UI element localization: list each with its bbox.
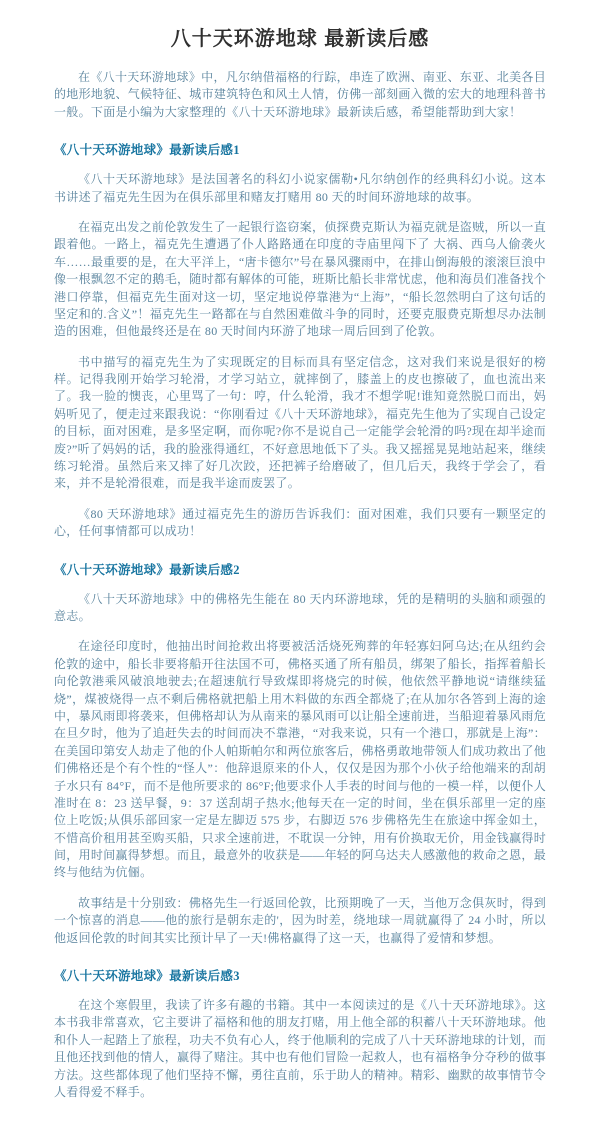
section-2-paragraph: 故事结是十分别致：佛格先生一行返回伦敦，比预期晚了一天，当他万念俱灰时，得到一个…: [54, 895, 546, 947]
section-2-paragraph: 在途径印度时，他抽出时间抢救出将要被活活烧死殉葬的年轻寡妇阿乌达;在从纽约会伦敦…: [54, 638, 546, 881]
section-1-paragraph: 《八十天环游地球》是法国著名的科幻小说家儒勒•凡尔纳创作的经典科幻小说。这本书讲…: [54, 171, 546, 206]
section-1-paragraph: 在福克出发之前伦敦发生了一起银行盗窃案，侦探费克斯认为福克就是盗贼，所以一直跟着…: [54, 219, 546, 341]
section-1-paragraph: 《80 天环游地球》通过福克先生的游历告诉我们：面对困难，我们只要有一颗坚定的心…: [54, 506, 546, 541]
section-review-3: 《八十天环游地球》最新读后感3 在这个寒假里，我读了许多有趣的书籍。其中一本阅读…: [54, 966, 546, 1101]
section-heading-1: 《八十天环游地球》最新读后感1: [54, 140, 546, 158]
section-review-1: 《八十天环游地球》最新读后感1 《八十天环游地球》是法国著名的科幻小说家儒勒•凡…: [54, 140, 546, 540]
page-title: 八十天环游地球 最新读后感: [54, 22, 546, 51]
document-page: 八十天环游地球 最新读后感 在《八十天环游地球》中，凡尔纳借福格的行踪，串连了欧…: [0, 0, 600, 1142]
section-1-paragraph: 书中描写的福克先生为了实现既定的目标而具有坚定信念，这对我们来说是很好的榜样。记…: [54, 354, 546, 493]
section-review-2: 《八十天环游地球》最新读后感2 《八十天环游地球》中的佛格先生能在 80 天内环…: [54, 560, 546, 947]
section-heading-2: 《八十天环游地球》最新读后感2: [54, 560, 546, 578]
section-2-paragraph: 《八十天环游地球》中的佛格先生能在 80 天内环游地球，凭的是精明的头脑和顽强的…: [54, 591, 546, 626]
section-3-paragraph: 在这个寒假里，我读了许多有趣的书籍。其中一本阅读过的是《八十天环游地球》。这本书…: [54, 997, 546, 1101]
intro-paragraph: 在《八十天环游地球》中，凡尔纳借福格的行踪，串连了欧洲、南亚、东亚、北美各目的地…: [54, 69, 546, 121]
section-heading-3: 《八十天环游地球》最新读后感3: [54, 966, 546, 984]
